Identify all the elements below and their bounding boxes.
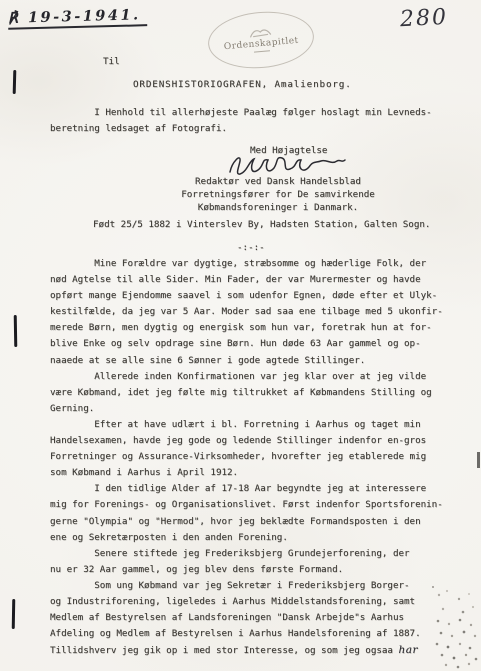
margin-pen-stroke — [12, 599, 15, 629]
text-line: kestilfælde, da jeg var 5 Aar. Moder sad… — [50, 304, 443, 320]
signature-scribble — [226, 149, 348, 179]
margin-pen-stroke — [14, 315, 17, 347]
text-line: Forretninger og Assurance-Virksomheder, … — [50, 449, 443, 465]
text-line: være Købmand, idet jeg følte mig tiltruk… — [50, 385, 443, 401]
ink-smudge-stain — [430, 584, 478, 670]
handwritten-date-mark: ℟ 19-3-1941. — [8, 6, 147, 30]
stamp-underline — [254, 50, 270, 52]
text-line: Forretningsfører for De samvirkende — [168, 189, 388, 202]
section-separator: -:-:- — [237, 240, 265, 256]
last-line-typed: Tillidshverv jeg gik op i med stor Inter… — [50, 645, 398, 656]
text-line: I Henhold til allerhøjeste Paalæg følger… — [50, 105, 432, 121]
text-line: Købmandsforeninger i Danmark. — [168, 202, 388, 215]
text-line: Senere stiftede jeg Frederiksbjerg Grund… — [50, 546, 443, 562]
text-line: I den tidlige Alder af 17-18 Aar begyndt… — [50, 481, 443, 497]
text-line: Som ung Købmand var jeg Sekretær i Frede… — [50, 578, 443, 594]
address-to-label: Til — [103, 54, 120, 70]
stamp-crown-icon — [247, 25, 274, 39]
recipient-line: ORDENSHISTORIOGRAFEN, Amalienborg. — [133, 77, 352, 93]
text-line: Handelsexamen, havde jeg gode og ledende… — [50, 433, 443, 449]
text-line: Allerede inden Konfirmationen var jeg kl… — [50, 369, 443, 385]
born-line: Født 25/5 1882 i Vinterslev By, Hadsten … — [93, 217, 430, 233]
intro-paragraph: I Henhold til allerhøjeste Paalæg følger… — [50, 105, 432, 137]
text-line: gerne "Olympia" og "Hermod", hvor jeg be… — [50, 514, 443, 530]
text-line: merede Børn, men dygtig og energisk som … — [50, 320, 443, 336]
text-line: ene og Sekretærposten i den anden Foreni… — [50, 530, 443, 546]
text-line: som Købmand i Aarhus i April 1912. — [50, 465, 443, 481]
handwritten-page-number: 280 — [399, 5, 448, 32]
text-line: Gerning. — [50, 401, 443, 417]
text-line: nød Agtelse til alle Sider. Min Fader, d… — [50, 272, 443, 288]
text-line: naaede at se alle sine 6 Sønner i gode a… — [50, 353, 443, 369]
letter-body: Mine Forældre var dygtige, stræbsomme og… — [50, 256, 443, 659]
text-line: nu er 32 Aar gammel, og jeg blev dens fø… — [50, 562, 443, 578]
handwritten-word: har — [398, 644, 418, 656]
text-line: blive Enke og selv opdrage sine Børn. Hu… — [50, 336, 443, 352]
ordenskapitlet-stamp: Ordenskapitlet — [206, 7, 316, 72]
margin-pen-stroke — [13, 70, 16, 94]
text-line: Efter at have udlært i bl. Forretning i … — [50, 417, 443, 433]
scan-edge-artifact — [477, 452, 480, 468]
text-line: Medlem af Bestyrelsen af Landsforeningen… — [50, 610, 443, 626]
text-line: Mine Forældre var dygtige, stræbsomme og… — [50, 256, 443, 272]
text-line: Afdeling og Medlem af Bestyrelsen i Aarh… — [50, 626, 443, 642]
text-line: Redaktør ved Dansk Handelsblad — [168, 176, 388, 189]
body-last-line: Tillidshverv jeg gik op i med stor Inter… — [50, 642, 443, 659]
body-paragraphs: Mine Forældre var dygtige, stræbsomme og… — [50, 256, 443, 642]
text-line: mig for Forenings- og Organisationslivet… — [50, 497, 443, 513]
text-line: beretning ledsaget af Fotografi. — [50, 121, 432, 137]
scanned-letter-page: ℟ 19-3-1941. Ordenskapitlet 280 Til ORDE… — [0, 0, 481, 671]
signer-titles: Redaktør ved Dansk HandelsbladForretning… — [168, 176, 388, 215]
text-line: og Industriforening, ligeledes i Aarhus … — [50, 594, 443, 610]
text-line: opført mange Ejendomme saavel i som uden… — [50, 288, 443, 304]
